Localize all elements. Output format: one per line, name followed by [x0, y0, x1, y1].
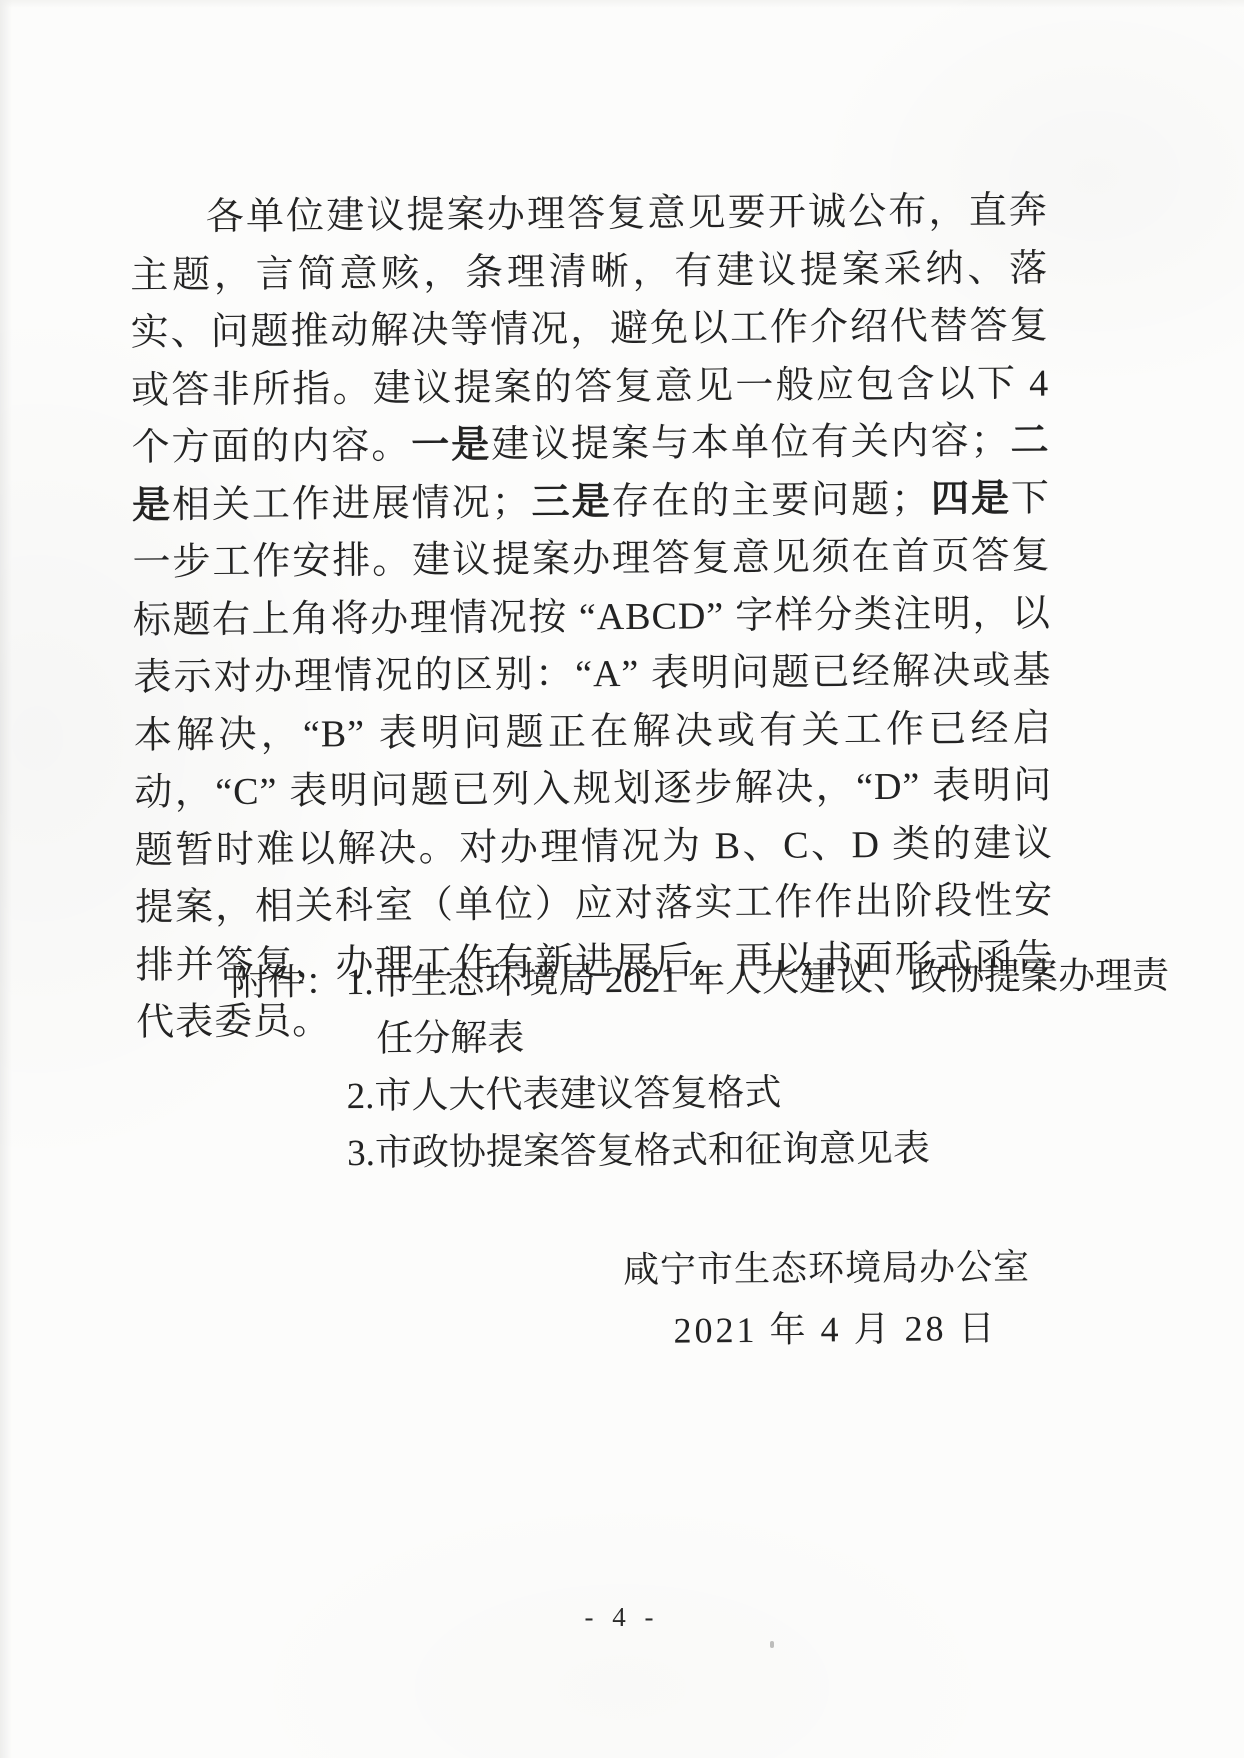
body-paragraph: 各单位建议提案办理答复意见要开诚公布，直奔主题，言简意赅，条理清晰，有建议提案采… — [130, 183, 1055, 1053]
attachment-item: 1.市生态环境局 2021 年人大建议、政协提案办理责 — [346, 948, 1170, 1011]
attachment-item-continuation: 任分解表 — [346, 1005, 1170, 1068]
attachment-item: 2.市人大代表建议答复格式 — [346, 1062, 1170, 1125]
signature-date: 2021 年 4 月 28 日 — [673, 1300, 997, 1354]
signature-office: 咸宁市生态环境局办公室 — [623, 1239, 1030, 1293]
body-segment-bold: 一是 — [411, 424, 491, 467]
page-number: - 4 - — [0, 1602, 1244, 1633]
attachments-block: 附件： 1.市生态环境局 2021 年人大建议、政协提案办理责 任分解表 2.市… — [231, 948, 1093, 1183]
scan-artifact-speck — [770, 1641, 774, 1648]
attachments-list: 1.市生态环境局 2021 年人大建议、政协提案办理责 任分解表 2.市人大代表… — [346, 948, 1171, 1182]
document-content: 各单位建议提案办理答复意见要开诚公布，直奔主题，言简意赅，条理清晰，有建议提案采… — [0, 0, 1244, 1758]
body-segment: 建议提案与本单位有关内容； — [491, 420, 1010, 466]
body-segment: 相关工作进展情况； — [172, 481, 531, 526]
body-segment-bold: 三是 — [530, 481, 611, 524]
attachment-item: 3.市政协提案答复格式和征询意见表 — [347, 1119, 1171, 1182]
body-segment-bold: 四是 — [930, 477, 1011, 520]
signature-block: 咸宁市生态环境局办公室 2021 年 4 月 28 日 — [0, 0, 1237, 5]
body-segment: 存在的主要问题； — [611, 478, 930, 523]
scanned-document-page: 各单位建议提案办理答复意见要开诚公布，直奔主题，言简意赅，条理清晰，有建议提案采… — [0, 0, 1244, 1758]
attachments-label: 附件： — [231, 954, 342, 1012]
